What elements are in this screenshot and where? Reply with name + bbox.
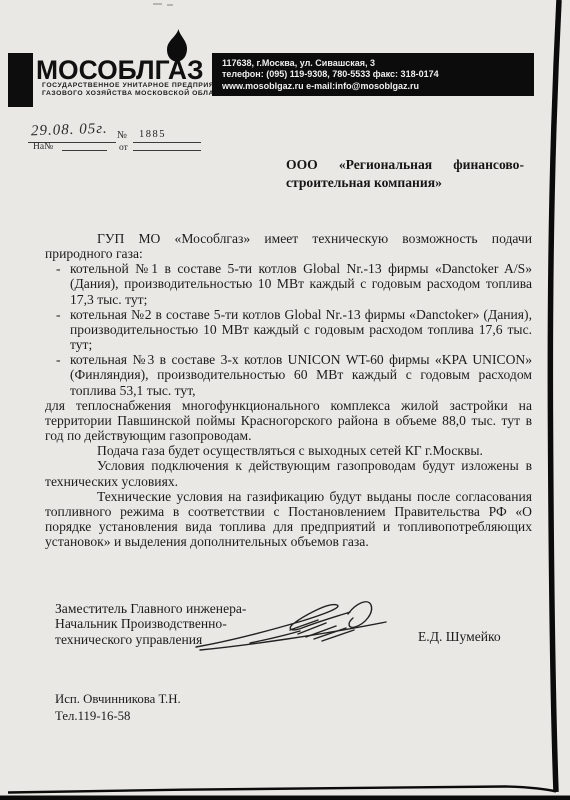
- list-item-text: котельной №1 в составе 5-ти котлов Globa…: [70, 261, 532, 306]
- letter-number: 1885: [139, 129, 166, 140]
- number-label: №: [117, 130, 127, 141]
- logo-block-mark: [8, 53, 33, 107]
- boiler-list-item-1: - котельной №1 в составе 5-ти котлов Glo…: [45, 261, 532, 306]
- body-paragraph: ГУП МО «Мособлгаз» имеет техническую воз…: [45, 231, 532, 261]
- letterhead-contact-box: 117638, г.Москва, ул. Сивашская, 3 телеф…: [212, 53, 534, 96]
- executor-phone: Тел.119-16-58: [55, 708, 181, 725]
- list-dash-marker: -: [45, 352, 70, 397]
- recipient-address: ООО «Региональная финансово- строительна…: [286, 156, 524, 191]
- company-subtitle-line2: ГАЗОВОГО ХОЗЯЙСТВА МОСКОВСКОЙ ОБЛАСТИ: [42, 90, 229, 98]
- body-paragraph: Подача газа будет осуществляться с выход…: [45, 443, 532, 458]
- boiler-list-item-2: - котельная №2 в составе 5-ти котлов Glo…: [45, 307, 532, 352]
- signer-name: Е.Д. Шумейко: [418, 629, 501, 645]
- list-dash-marker: -: [45, 307, 70, 352]
- body-paragraph: Технические условия на газификацию будут…: [45, 489, 532, 550]
- scan-noise-dash: [153, 3, 162, 5]
- from-label: от: [119, 143, 128, 153]
- signature-scribble: [190, 597, 405, 661]
- handwritten-date: 29.08. 05г.: [31, 121, 108, 141]
- letterhead-address: 117638, г.Москва, ул. Сивашская, 3: [222, 58, 528, 69]
- boiler-list-item-3: - котельная №3 в составе 3-х котлов UNIC…: [45, 352, 532, 397]
- letterhead-phones: телефон: (095) 119-9308, 780-5533 факс: …: [222, 69, 528, 80]
- body-paragraph: Условия подключения к действующим газопр…: [45, 458, 532, 488]
- executor-block: Исп. Овчинникова Т.Н. Тел.119-16-58: [55, 691, 181, 725]
- number-underline: [133, 142, 201, 143]
- from-underline: [133, 150, 201, 151]
- recipient-line2: строительная компания»: [286, 174, 524, 192]
- recipient-line1: ООО «Региональная финансово-: [286, 156, 524, 174]
- scanned-letter-page: МОСОБЛГАЗ ГОСУДАРСТВЕННОЕ УНИТАРНОЕ ПРЕД…: [0, 0, 570, 800]
- list-dash-marker: -: [45, 261, 70, 306]
- list-item-text: котельная №3 в составе 3-х котлов UNICON…: [70, 352, 532, 397]
- executor-name: Исп. Овчинникова Т.Н.: [55, 691, 181, 708]
- letter-body: ГУП МО «Мособлгаз» имеет техническую воз…: [45, 231, 532, 549]
- reply-to-label: На№: [33, 142, 53, 152]
- scan-noise-dash: [167, 4, 173, 6]
- letterhead-web-email: www.mosoblgaz.ru e-mail:info@mosoblgaz.r…: [222, 81, 528, 92]
- list-item-text: котельная №2 в составе 5-ти котлов Globa…: [70, 307, 532, 352]
- body-paragraph: для теплоснабжения многофункционального …: [45, 398, 532, 443]
- reply-to-underline: [62, 150, 107, 151]
- company-subtitle: ГОСУДАРСТВЕННОЕ УНИТАРНОЕ ПРЕДПРИЯТИЕ ГА…: [42, 82, 229, 99]
- gas-flame-icon: [166, 29, 188, 62]
